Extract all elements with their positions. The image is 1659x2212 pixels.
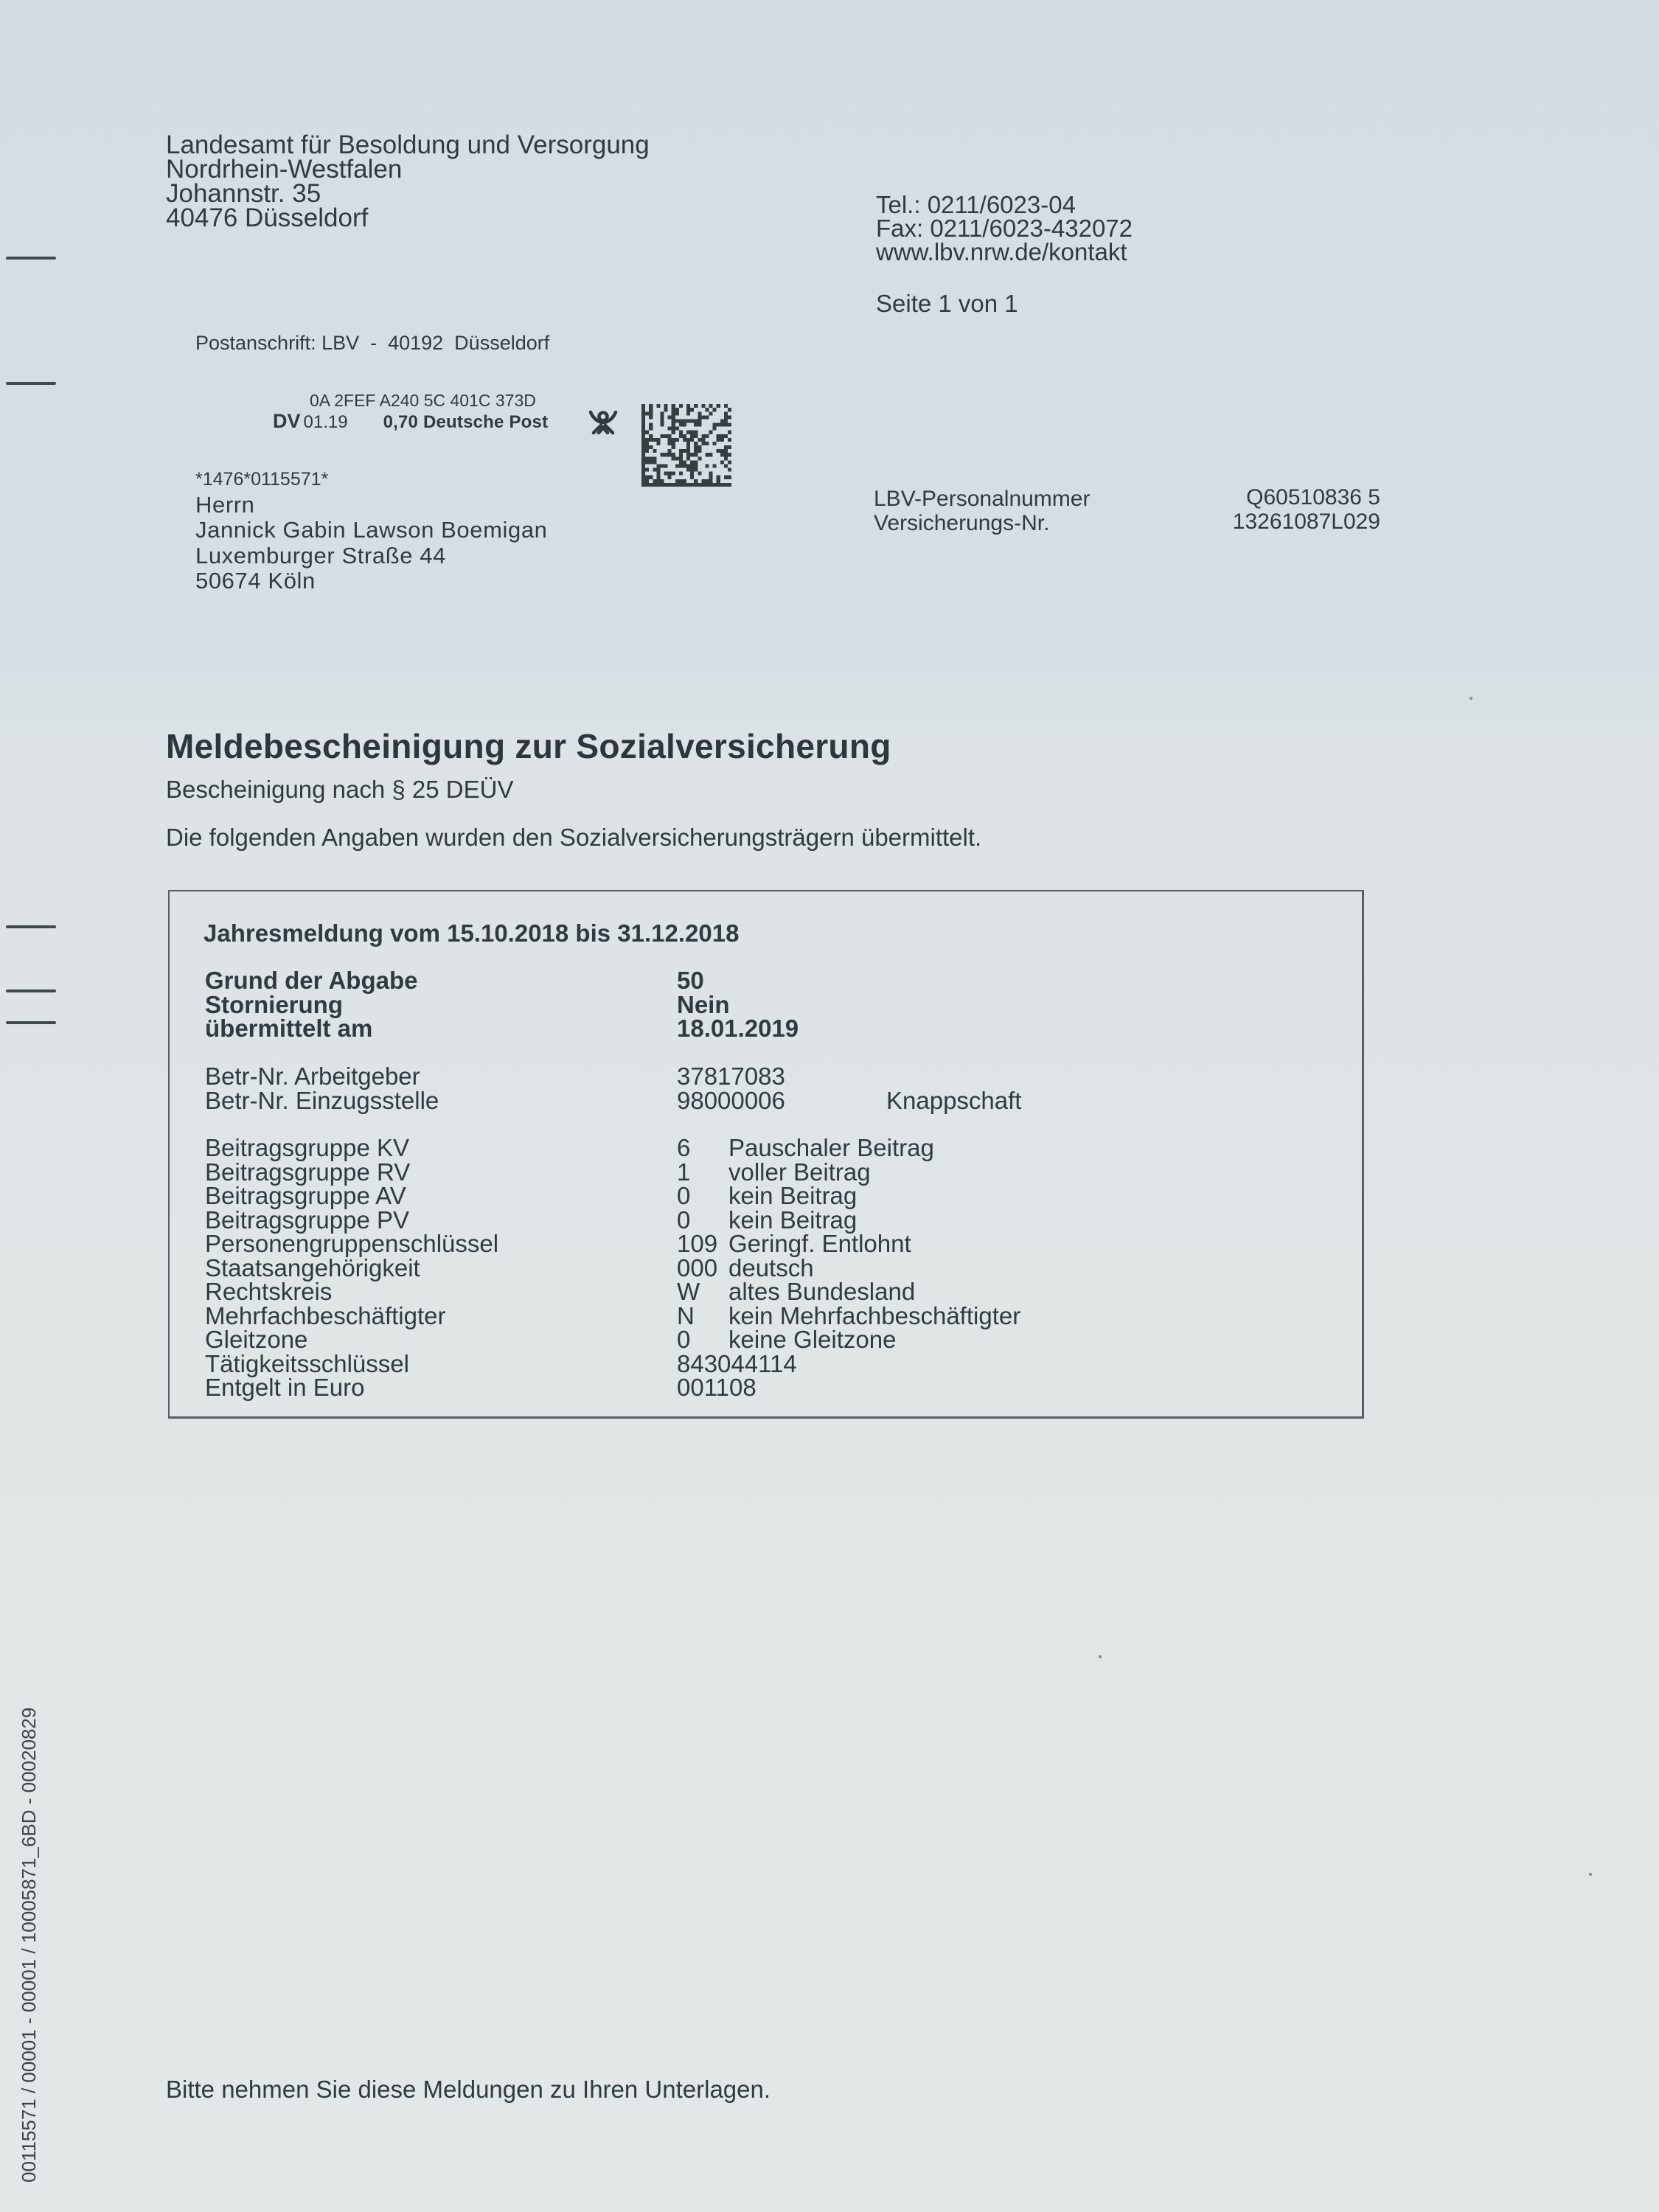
side-reference-code: 00115571 / 00001 - 00001 / 10005871_6BD … [18, 1708, 41, 2183]
scan-speck [1099, 1655, 1102, 1658]
row-label: Betr-Nr. Einzugsstelle [205, 1089, 677, 1113]
report-row: übermittelt am18.01.2019 [205, 1017, 886, 1041]
page-number: Seite 1 von 1 [876, 290, 1018, 318]
row-value: 843044114 [677, 1352, 728, 1377]
report-box: Jahresmeldung vom 15.10.2018 bis 31.12.2… [168, 890, 1364, 1419]
row-value: 18.01.2019 [677, 1017, 886, 1041]
stamp-postage: 0,70 Deutsche Post [383, 412, 549, 433]
recipient-name: Jannick Gabin Lawson Boemigan [195, 518, 548, 543]
row-label: Stornierung [205, 993, 677, 1018]
report-employer: Betr-Nr. Arbeitgeber37817083Betr-Nr. Ein… [205, 1065, 1021, 1113]
row-label: Beitragsgruppe PV [205, 1208, 677, 1233]
row-value: Nein [677, 993, 886, 1018]
row-label: Grund der Abgabe [205, 969, 677, 993]
row-label: Beitragsgruppe RV [205, 1161, 677, 1185]
sender-line: 40476 Düsseldorf [166, 206, 650, 230]
datamatrix-code [641, 404, 731, 487]
recipient-city: 50674 Köln [195, 568, 548, 594]
row-description: deutsch [728, 1256, 814, 1281]
scan-speck [1589, 1873, 1592, 1876]
report-row: Personengruppenschlüssel109Geringf. Entl… [205, 1232, 1020, 1256]
stamp-code: 0A 2FEF A240 5C 401C 373D [310, 391, 536, 411]
report-heading: Jahresmeldung vom 15.10.2018 bis 31.12.2… [204, 919, 739, 947]
insurance-number-label: Versicherungs-Nr. [874, 511, 1090, 535]
row-description: kein Beitrag [728, 1208, 857, 1233]
identifier-labels: LBV-Personalnummer Versicherungs-Nr. [874, 487, 1090, 535]
report-row: StornierungNein [205, 993, 886, 1018]
report-row: Beitragsgruppe KV6Pauschaler Beitrag [205, 1136, 1020, 1161]
row-value: 001108 [677, 1376, 728, 1400]
row-value: 0 [677, 1328, 728, 1352]
document-title: Meldebescheinigung zur Sozialversicherun… [166, 726, 891, 766]
sender-line: Johannstr. 35 [166, 181, 650, 206]
report-row: Beitragsgruppe PV0kein Beitrag [205, 1208, 1020, 1233]
row-description: kein Mehrfachbeschäftigter [728, 1304, 1020, 1329]
row-value: 109 [677, 1232, 728, 1256]
row-label: Entgelt in Euro [205, 1376, 677, 1400]
identifier-values: Q60510836 5 13261087L029 [1172, 485, 1380, 534]
row-description: kein Beitrag [728, 1184, 857, 1208]
row-label: Betr-Nr. Arbeitgeber [205, 1065, 677, 1089]
sender-line: Landesamt für Besoldung und Versorgung [166, 133, 650, 157]
report-row: Beitragsgruppe AV0kein Beitrag [205, 1184, 1020, 1208]
report-details: Beitragsgruppe KV6Pauschaler BeitragBeit… [205, 1136, 1020, 1400]
contact-block: Tel.: 0211/6023-04 Fax: 0211/6023-432072… [876, 193, 1133, 264]
punch-mark [6, 1021, 56, 1024]
stamp-line: DV 01.19 0,70 Deutsche Post [273, 410, 548, 433]
row-label: Gleitzone [205, 1328, 677, 1352]
row-label: Beitragsgruppe KV [205, 1136, 677, 1161]
stamp-date: 01.19 [304, 412, 348, 433]
row-value: W [677, 1280, 728, 1304]
personal-number-label: LBV-Personalnummer [874, 487, 1090, 511]
report-row: Staatsangehörigkeit000deutsch [205, 1256, 1020, 1281]
row-label: Tätigkeitsschlüssel [205, 1352, 677, 1377]
contact-tel: Tel.: 0211/6023-04 [876, 193, 1133, 217]
row-value: N [677, 1304, 728, 1329]
row-label: übermittelt am [205, 1017, 677, 1041]
report-row: Betr-Nr. Arbeitgeber37817083 [205, 1065, 1021, 1089]
row-value: 000 [677, 1256, 728, 1281]
report-row: Betr-Nr. Einzugsstelle98000006Knappschaf… [205, 1089, 1021, 1113]
row-description: Knappschaft [886, 1089, 1021, 1113]
contact-web: www.lbv.nrw.de/kontakt [876, 240, 1133, 264]
report-row: Grund der Abgabe50 [205, 969, 886, 993]
row-label: Rechtskreis [205, 1280, 677, 1304]
row-description: Pauschaler Beitrag [728, 1136, 934, 1161]
row-value: 0 [677, 1184, 728, 1208]
report-row: MehrfachbeschäftigterNkein Mehrfachbesch… [205, 1304, 1020, 1329]
fold-mark [6, 382, 56, 385]
row-description: Geringf. Entlohnt [728, 1232, 911, 1256]
recipient-ref: *1476*0115571* [195, 467, 548, 493]
row-description: keine Gleitzone [728, 1328, 896, 1352]
postal-address: Postanschrift: LBV - 40192 Düsseldorf [195, 332, 549, 355]
footer-note: Bitte nehmen Sie diese Meldungen zu Ihre… [166, 2076, 771, 2104]
document-intro: Die folgenden Angaben wurden den Sozialv… [166, 824, 981, 852]
stamp-prefix: DV [273, 410, 301, 433]
recipient-street: Luxemburger Straße 44 [195, 543, 548, 569]
report-row: Beitragsgruppe RV1voller Beitrag [205, 1161, 1020, 1185]
row-description: altes Bundesland [728, 1280, 915, 1304]
punch-mark [6, 990, 56, 992]
sender-address: Landesamt für Besoldung und Versorgung N… [166, 133, 650, 230]
row-label: Mehrfachbeschäftigter [205, 1304, 677, 1329]
contact-fax: Fax: 0211/6023-432072 [876, 217, 1133, 240]
insurance-number: 13261087L029 [1172, 509, 1380, 534]
report-meta: Grund der Abgabe50StornierungNeinübermit… [205, 969, 886, 1041]
row-label: Staatsangehörigkeit [205, 1256, 677, 1281]
punch-mark [6, 925, 56, 928]
scan-speck [1470, 697, 1472, 700]
report-row: Gleitzone0keine Gleitzone [205, 1328, 1020, 1352]
recipient-address: *1476*0115571* Herrn Jannick Gabin Lawso… [195, 467, 548, 594]
recipient-salutation: Herrn [195, 493, 548, 518]
sender-line: Nordrhein-Westfalen [166, 157, 650, 181]
document-subtitle: Bescheinigung nach § 25 DEÜV [166, 776, 513, 804]
row-description: voller Beitrag [728, 1161, 871, 1185]
row-value: 1 [677, 1161, 728, 1185]
personal-number: Q60510836 5 [1172, 485, 1380, 509]
row-value: 0 [677, 1208, 728, 1233]
row-value: 50 [677, 969, 886, 993]
row-label: Personengruppenschlüssel [205, 1232, 677, 1256]
row-value: 37817083 [677, 1065, 886, 1089]
row-label: Beitragsgruppe AV [205, 1184, 677, 1208]
row-value: 98000006 [677, 1089, 886, 1113]
report-row: Tätigkeitsschlüssel843044114 [205, 1352, 1020, 1377]
fold-mark [6, 257, 56, 260]
posthorn-icon [586, 408, 620, 436]
report-row: Entgelt in Euro001108 [205, 1376, 1020, 1400]
report-row: RechtskreisWaltes Bundesland [205, 1280, 1020, 1304]
row-value: 6 [677, 1136, 728, 1161]
